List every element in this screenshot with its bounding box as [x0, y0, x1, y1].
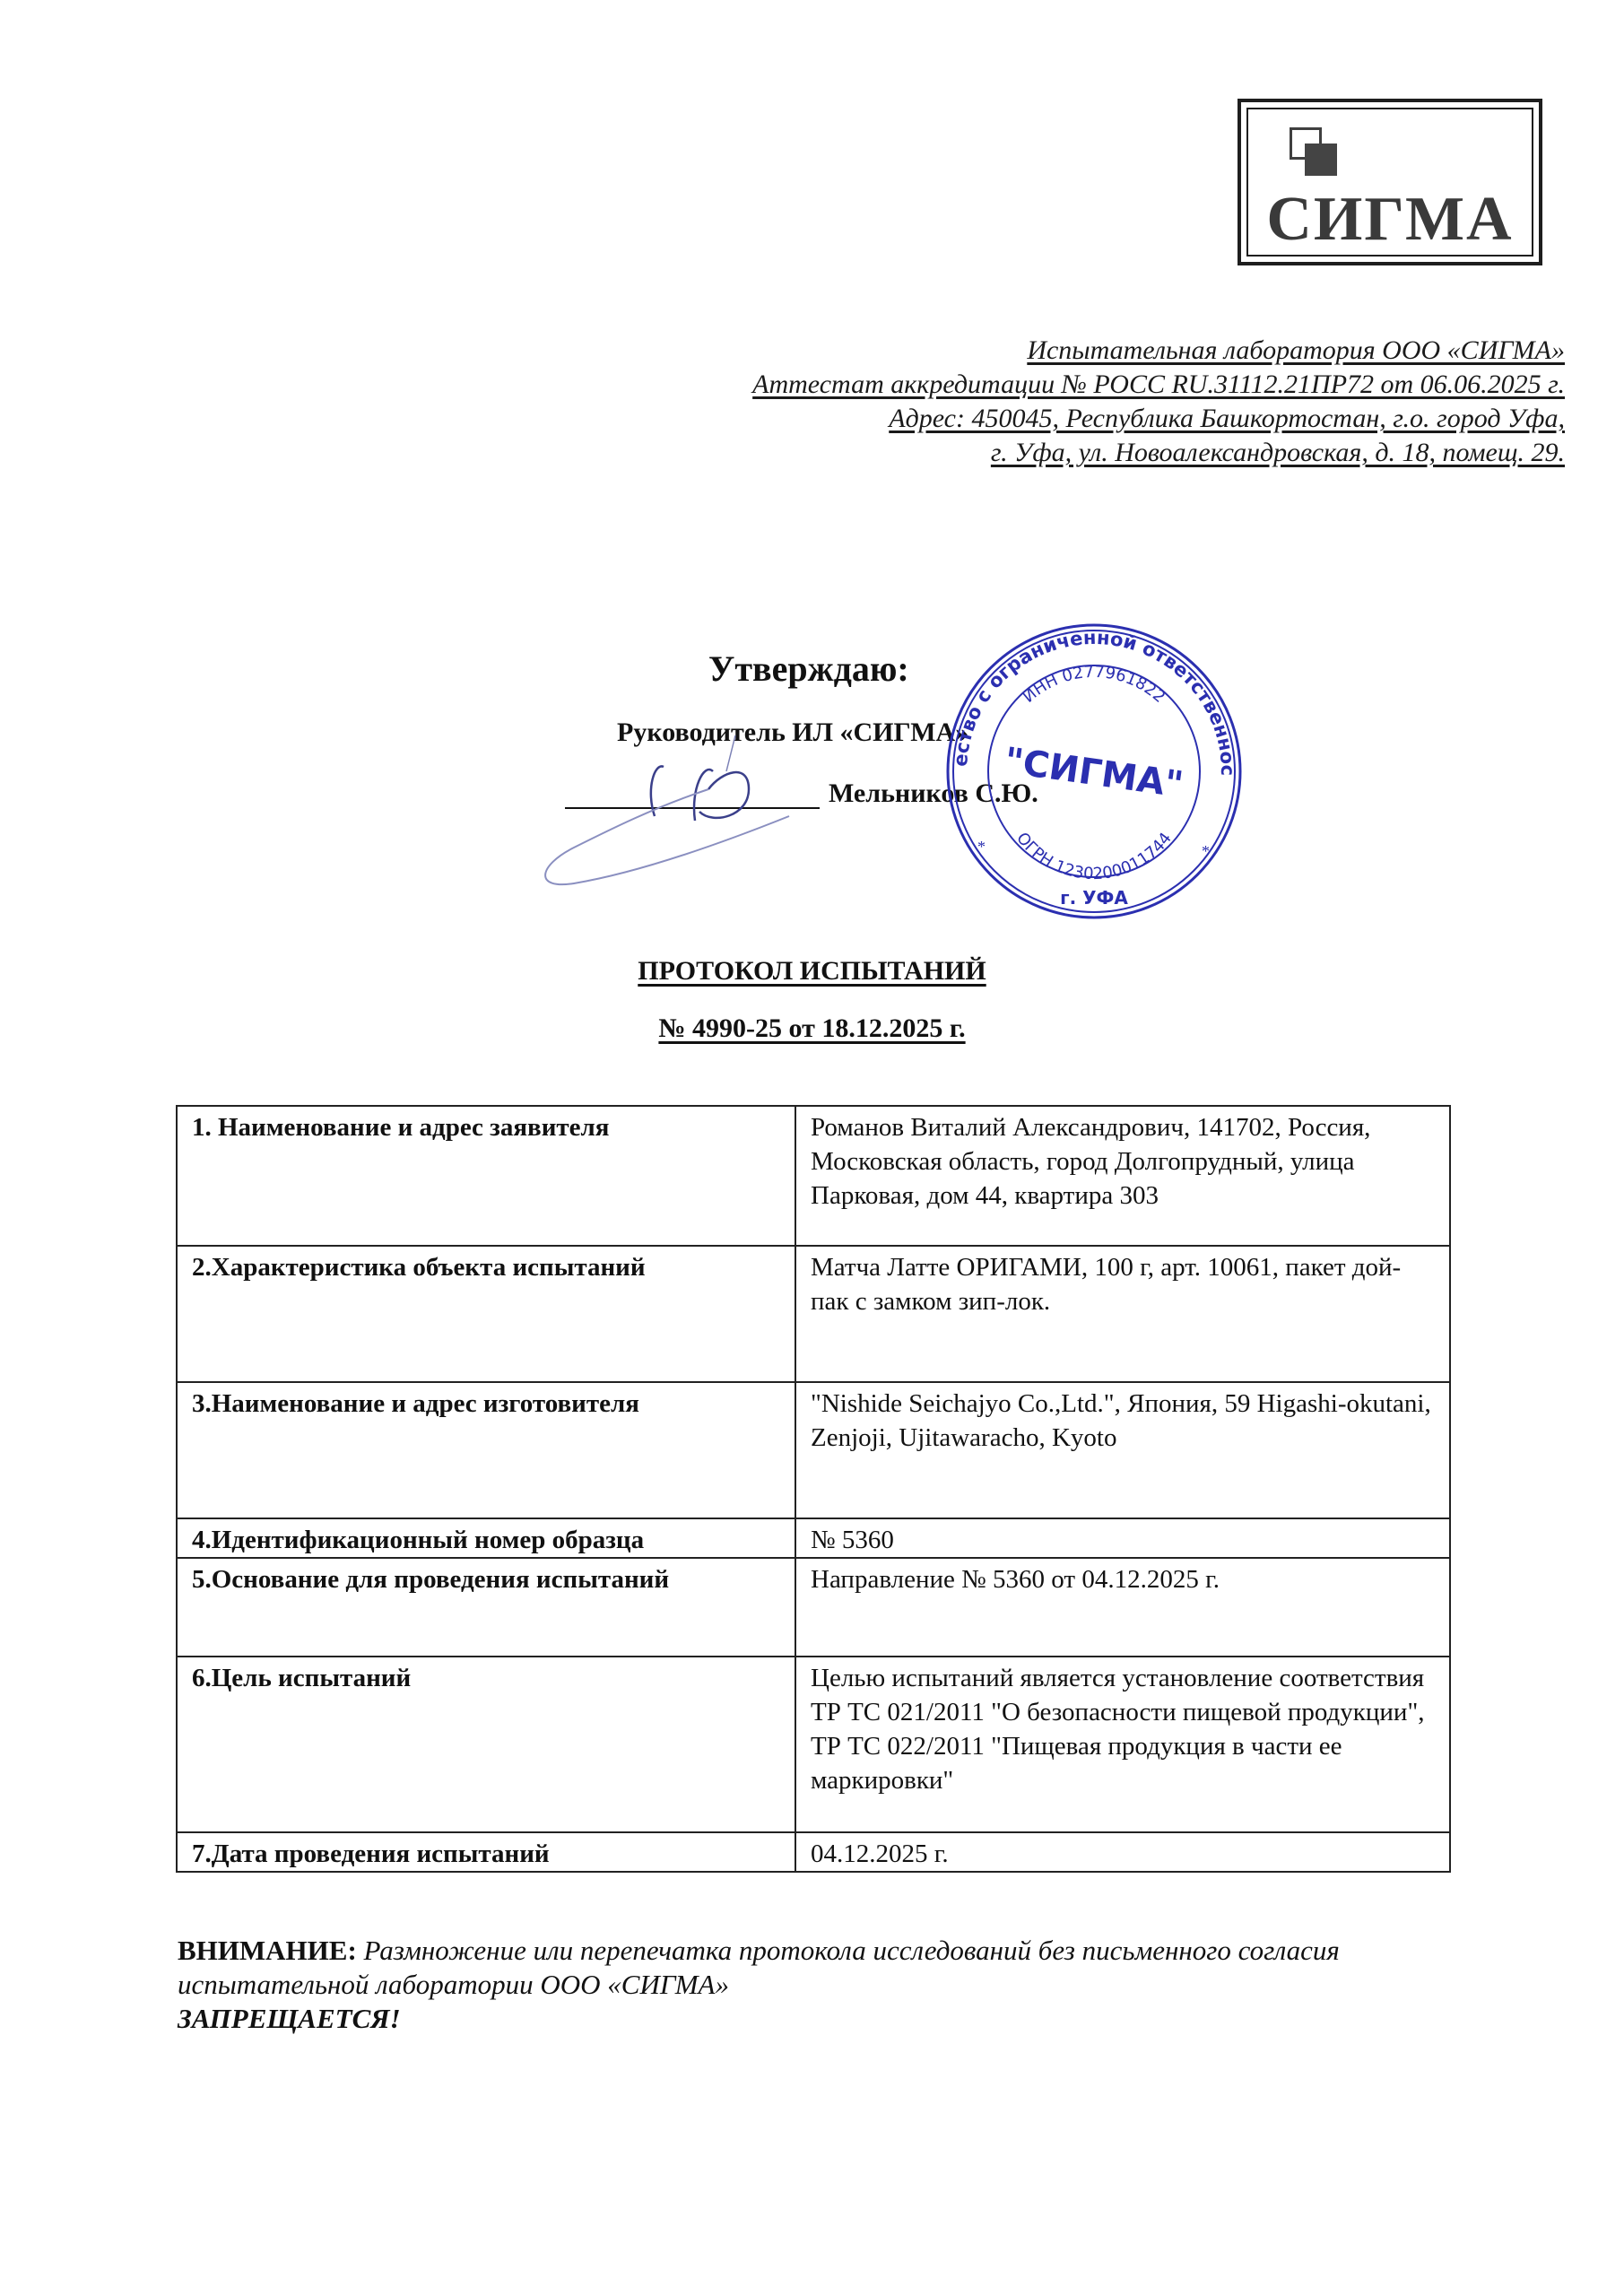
row-value: Матча Латте ОРИГАМИ, 100 г, арт. 10061, …: [795, 1246, 1450, 1382]
row-value: № 5360: [795, 1518, 1450, 1558]
logo-square-filled-icon: [1305, 143, 1337, 176]
svg-text:ИНН 0277961822: ИНН 0277961822: [1020, 663, 1169, 707]
protocol-info-table: 1. Наименование и адрес заявителя Романо…: [176, 1105, 1451, 1873]
table-row: 1. Наименование и адрес заявителя Романо…: [177, 1106, 1450, 1246]
lab-name: Испытательная лаборатория ООО «СИГМА»: [752, 334, 1565, 368]
signature-line: [565, 807, 820, 809]
lab-header: Испытательная лаборатория ООО «СИГМА» Ат…: [752, 334, 1565, 470]
table-row: 3.Наименование и адрес изготовителя "Nis…: [177, 1382, 1450, 1518]
logo-text: СИГМА: [1248, 188, 1532, 251]
copyright-warning: ВНИМАНИЕ: Размножение или перепечатка пр…: [178, 1934, 1451, 2036]
document-title: ПРОТОКОЛ ИСПЫТАНИЙ: [0, 956, 1624, 987]
svg-text:"СИГМА": "СИГМА": [1002, 740, 1185, 805]
row-label: 4.Идентификационный номер образца: [177, 1518, 795, 1558]
table-row: 4.Идентификационный номер образца № 5360: [177, 1518, 1450, 1558]
table-row: 5.Основание для проведения испытаний Нап…: [177, 1558, 1450, 1657]
row-label: 3.Наименование и адрес изготовителя: [177, 1382, 795, 1518]
table-row: 6.Цель испытаний Целью испытаний являетс…: [177, 1657, 1450, 1832]
document-number: № 4990-25 от 18.12.2025 г.: [0, 1013, 1624, 1044]
approval-title: Утверждаю:: [708, 648, 909, 690]
row-label: 7.Дата проведения испытаний: [177, 1832, 795, 1872]
logo-frame: СИГМА: [1246, 108, 1533, 257]
lab-accreditation: Аттестат аккредитации № РОСС RU.31112.21…: [752, 368, 1565, 402]
svg-text:*: *: [977, 838, 986, 856]
row-value: Романов Виталий Александрович, 141702, Р…: [795, 1106, 1450, 1246]
row-label: 2.Характеристика объекта испытаний: [177, 1246, 795, 1382]
row-label: 6.Цель испытаний: [177, 1657, 795, 1832]
approval-role: Руководитель ИЛ «СИГМА»: [617, 717, 968, 748]
warning-forbidden: ЗАПРЕЩАЕТСЯ!: [178, 2002, 1451, 2036]
warning-label: ВНИМАНИЕ:: [178, 1935, 357, 1966]
lab-address-line-1: Адрес: 450045, Республика Башкортостан, …: [752, 402, 1565, 436]
row-value: Направление № 5360 от 04.12.2025 г.: [795, 1558, 1450, 1657]
signature-icon: [520, 682, 825, 897]
table-row: 7.Дата проведения испытаний 04.12.2025 г…: [177, 1832, 1450, 1872]
svg-text:г. УФА: г. УФА: [1060, 887, 1128, 909]
table-row: 2.Характеристика объекта испытаний Матча…: [177, 1246, 1450, 1382]
company-stamp: Общество с ограниченной ответственностью…: [942, 619, 1246, 924]
company-logo: СИГМА: [1238, 99, 1542, 265]
lab-address-line-2: г. Уфа, ул. Новоалександровская, д. 18, …: [752, 436, 1565, 470]
row-value: Целью испытаний является установление со…: [795, 1657, 1450, 1832]
svg-text:*: *: [1202, 842, 1210, 860]
row-value: "Nishide Seichajyo Co.,Ltd.", Япония, 59…: [795, 1382, 1450, 1518]
row-label: 5.Основание для проведения испытаний: [177, 1558, 795, 1657]
row-value: 04.12.2025 г.: [795, 1832, 1450, 1872]
row-label: 1. Наименование и адрес заявителя: [177, 1106, 795, 1246]
svg-text:ОГРН 1230200011744: ОГРН 1230200011744: [1012, 829, 1176, 883]
